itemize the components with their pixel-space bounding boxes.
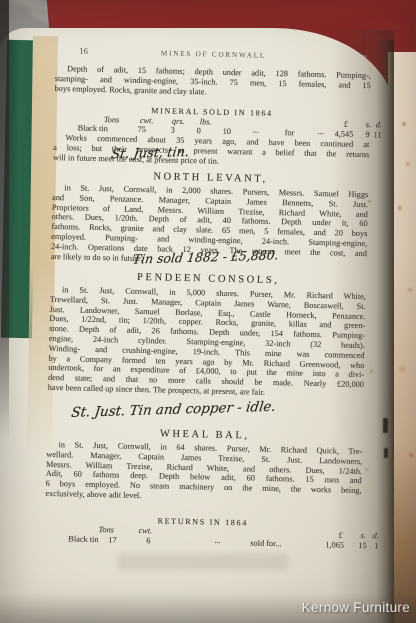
shillings-header: s. xyxy=(366,120,372,129)
ellipsis: ... xyxy=(214,536,220,545)
row-shillings: 9 xyxy=(366,130,370,139)
row-item: Black tin xyxy=(78,124,108,134)
for-text: for xyxy=(285,128,295,137)
lbs-header: lbs. xyxy=(200,117,212,126)
qrs-header: qrs. xyxy=(172,117,185,126)
ellipsis: ... xyxy=(318,127,324,136)
row-pounds: 1,065 xyxy=(325,540,344,549)
tons-header: Tons xyxy=(98,525,114,534)
pence-header: d. xyxy=(372,531,378,540)
shillings-header: s. xyxy=(360,531,366,540)
tons-header: Tons xyxy=(104,115,120,124)
gutter-mark xyxy=(383,418,388,433)
watermark: Kernow Furniture xyxy=(302,600,410,615)
wheal-bal-paragraph: in St. Just, Cornwall, in 64 shares. Pur… xyxy=(45,440,362,506)
show-through-ghost xyxy=(118,554,288,570)
pence-header: d. xyxy=(376,120,382,129)
row-lbs: 10 xyxy=(223,127,231,136)
row-pence: 1 xyxy=(374,541,378,550)
row-cwt: 3 xyxy=(171,126,175,135)
row-shillings: 15 xyxy=(358,541,366,550)
row-pence: 11 xyxy=(374,130,382,139)
cwt-header: cwt. xyxy=(138,526,152,535)
row-cwt: 6 xyxy=(146,536,150,545)
pounds-header: £ xyxy=(338,531,342,540)
pendeen-paragraph: in St. Just, Cornwall, in 5,000 shares. … xyxy=(48,285,366,400)
row-tons: 17 xyxy=(108,535,116,544)
ellipsis: ... xyxy=(253,125,259,134)
row-pounds: 4,545 xyxy=(335,129,354,138)
gutter-mark xyxy=(384,448,388,458)
cwt-header: cwt. xyxy=(140,116,154,125)
handwritten-annotation: St. Just, tin. xyxy=(110,145,190,162)
row-tons: 75 xyxy=(138,125,146,134)
sold-for-text: sold for... xyxy=(250,539,282,549)
foxing-specks-page xyxy=(368,200,371,203)
book-photo: G 16 MINES OF CORNWALL Depth of adit, 15… xyxy=(0,0,416,623)
table-shadow-edge xyxy=(0,0,9,440)
row-item: Black tin xyxy=(68,534,98,544)
pounds-header: £ xyxy=(344,120,348,129)
foxing-spots xyxy=(402,122,406,126)
row-qrs: 0 xyxy=(197,126,201,135)
